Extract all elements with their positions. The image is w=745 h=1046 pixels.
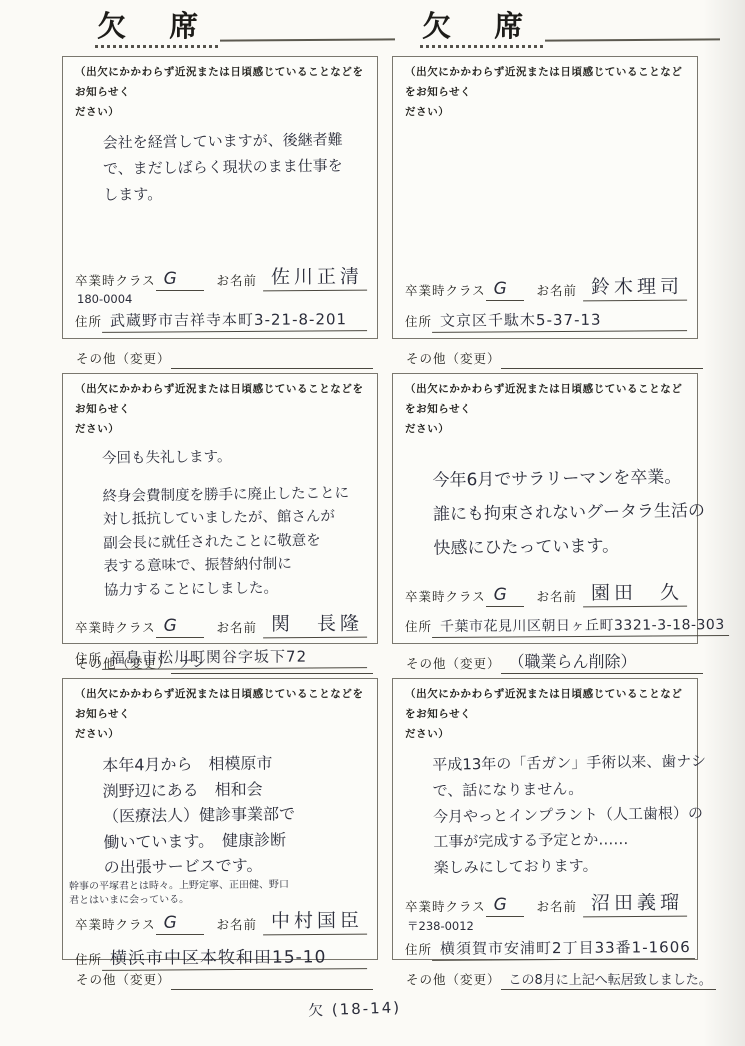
name-label: お名前 xyxy=(536,587,577,607)
address-row: 住所 横須賀市安浦町2丁目33番1-1606 xyxy=(405,937,687,960)
address-field: 横浜市中区本牧和田15-10 xyxy=(102,942,367,971)
card-box: （出欠にかかわらず近況または日頃感じていることなどをお知らせく ださい） 今年6… xyxy=(392,373,698,644)
name-field: 中村国臣 xyxy=(263,905,367,935)
instruction-text: （出欠にかかわらず近況または日頃感じていることなどをお知らせく ださい） xyxy=(405,63,687,123)
other-label: その他（変更） xyxy=(76,970,171,990)
class-field: G xyxy=(486,585,525,607)
class-field: G xyxy=(156,269,205,291)
address-label: 住所 xyxy=(75,312,102,332)
instruction-line-1: （出欠にかかわらず近況または日頃感じていることなどをお知らせく xyxy=(405,685,687,725)
instruction-text: （出欠にかかわらず近況または日頃感じていることなどをお知らせく ださい） xyxy=(75,685,367,745)
address-field: 横須賀市安浦町2丁目33番1-1606 xyxy=(432,936,695,961)
handwritten-message: 平成13年の「舌ガン」手術以来、歯ナシで、話になりません。今月やっとインプラント… xyxy=(432,749,688,882)
class-name-row: 卒業時クラス G お名前 佐川正清 xyxy=(75,262,367,291)
postal-code: 180-0004 xyxy=(77,292,367,306)
name-label: お名前 xyxy=(216,915,257,935)
other-label: その他（変更） xyxy=(406,970,501,990)
response-card-bottom-left: （出欠にかかわらず近況または日頃感じていることなどをお知らせく ださい） 本年4… xyxy=(62,678,378,994)
address-row: 住所 横浜市中区本牧和田15-10 xyxy=(75,943,367,970)
class-name-row: 卒業時クラス G お名前 鈴木理司 xyxy=(405,272,687,301)
class-field: G xyxy=(486,279,525,301)
address-label: 住所 xyxy=(405,617,432,637)
card-box: （出欠にかかわらず近況または日頃感じていることなどをお知らせく ださい） 本年4… xyxy=(62,678,378,960)
handwritten-message: 本年4月から 相模原市渕野辺にある 相和会（医療法人）健診事業部で働いています。… xyxy=(102,749,368,881)
instruction-line-2: ださい） xyxy=(75,103,367,123)
address-row: 住所 武蔵野市吉祥寺本町3-21-8-201 xyxy=(75,309,367,332)
instruction-line-1: （出欠にかかわらず近況または日頃感じていることなどをお知らせく xyxy=(405,63,687,103)
handwritten-message: 会社を経営していますが、後継者難で、まだしばらく現状のまま仕事をします。 xyxy=(102,127,367,208)
address-label: 住所 xyxy=(405,312,432,332)
name-field: 関 長隆 xyxy=(263,609,367,639)
name-label: お名前 xyxy=(216,271,257,291)
absent-header-right: 欠 席 xyxy=(420,12,720,48)
class-field: G xyxy=(156,616,205,638)
absent-header-left: 欠 席 xyxy=(95,12,395,48)
response-card-bottom-right: （出欠にかかわらず近況または日頃感じていることなどをお知らせく ださい） 平成1… xyxy=(392,678,698,994)
other-row: その他（変更） この8月に上記へ転居致しました。 xyxy=(392,960,698,994)
instruction-line-1: （出欠にかかわらず近況または日頃感じていることなどをお知らせく xyxy=(75,685,367,725)
absent-header-right-text: 欠 席 xyxy=(420,12,543,48)
class-name-row: 卒業時クラス G お名前 関 長隆 xyxy=(75,609,367,638)
other-field: （職業らん削除） xyxy=(501,649,703,674)
response-card-middle-right: （出欠にかかわらず近況または日頃感じていることなどをお知らせく ださい） 今年6… xyxy=(392,373,698,678)
other-field xyxy=(171,367,373,369)
class-label: 卒業時クラス xyxy=(405,897,486,917)
class-name-row: 卒業時クラス G お名前 沼田義瑠 xyxy=(405,888,687,917)
instruction-line-2: ださい） xyxy=(405,725,687,745)
instruction-line-2: ださい） xyxy=(75,420,367,440)
response-card-top-right: （出欠にかかわらず近況または日頃感じていることなどをお知らせく ださい） 卒業時… xyxy=(392,56,698,373)
class-field: G xyxy=(156,913,205,935)
address-field: 千葉市花見川区朝日ヶ丘町3321-3-18-303 xyxy=(432,614,729,638)
handwritten-side-note: 幹事の平塚君とは時々。上野定寧、正田健、野口君とはいまに会っている。 xyxy=(69,877,367,907)
other-row: その他（変更） xyxy=(62,339,378,373)
name-label: お名前 xyxy=(536,281,577,301)
address-row: 住所 千葉市花見川区朝日ヶ丘町3321-3-18-303 xyxy=(405,615,687,637)
other-label: その他（変更） xyxy=(76,349,171,369)
class-label: 卒業時クラス xyxy=(75,271,156,291)
name-label: お名前 xyxy=(536,897,577,917)
name-field: 園田 久 xyxy=(583,578,687,608)
spacer xyxy=(405,129,687,264)
name-field: 鈴木理司 xyxy=(583,272,687,302)
other-label: その他（変更） xyxy=(406,654,501,674)
class-label: 卒業時クラス xyxy=(405,281,486,301)
instruction-text: （出欠にかかわらず近況または日頃感じていることなどをお知らせく ださい） xyxy=(405,685,687,745)
name-field: 沼田義瑠 xyxy=(583,887,687,917)
instruction-text: （出欠にかかわらず近況または日頃感じていることなどをお知らせく ださい） xyxy=(75,63,367,123)
address-row: 住所 福島市松川町関谷字坂下72 xyxy=(75,646,367,669)
name-label: お名前 xyxy=(216,618,257,638)
header-rule-line xyxy=(220,39,395,42)
address-field: 福島市松川町関谷字坂下72 xyxy=(102,645,367,670)
other-field xyxy=(501,367,703,369)
other-row: その他（変更） （職業らん削除） xyxy=(392,644,698,678)
instruction-text: （出欠にかかわらず近況または日頃感じていることなどをお知らせく ださい） xyxy=(405,380,687,440)
spacer xyxy=(75,206,367,254)
postal-code: 〒238-0012 xyxy=(407,918,687,934)
header-rule-line xyxy=(545,39,720,42)
name-field: 佐川正清 xyxy=(263,262,367,292)
class-label: 卒業時クラス xyxy=(75,915,156,935)
scanned-absence-form-page: 欠 席 欠 席 （出欠にかかわらず近況または日頃感じていることなどをお知らせく … xyxy=(0,0,745,1046)
instruction-text: （出欠にかかわらず近況または日頃感じていることなどをお知らせく ださい） xyxy=(75,380,367,440)
instruction-line-1: （出欠にかかわらず近況または日頃感じていることなどをお知らせく xyxy=(75,380,367,420)
other-field xyxy=(171,988,373,990)
address-row: 住所 文京区千駄木5-37-13 xyxy=(405,309,687,332)
response-card-middle-left: （出欠にかかわらず近況または日頃感じていることなどをお知らせく ださい） 今回も… xyxy=(62,373,378,678)
address-label: 住所 xyxy=(405,940,432,960)
address-field: 文京区千駄木5-37-13 xyxy=(432,308,687,333)
absent-header-left-text: 欠 席 xyxy=(95,12,218,48)
instruction-line-2: ださい） xyxy=(75,725,367,745)
class-name-row: 卒業時クラス G お名前 園田 久 xyxy=(405,578,687,607)
address-field: 武蔵野市吉祥寺本町3-21-8-201 xyxy=(102,308,367,333)
footer-page-note: 欠 (18-14) xyxy=(308,996,402,1020)
instruction-line-1: （出欠にかかわらず近況または日頃感じていることなどをお知らせく xyxy=(75,63,367,103)
class-label: 卒業時クラス xyxy=(405,587,486,607)
other-row: その他（変更） xyxy=(392,339,698,373)
class-label: 卒業時クラス xyxy=(75,618,156,638)
card-box: （出欠にかかわらず近況または日頃感じていることなどをお知らせく ださい） 平成1… xyxy=(392,678,698,960)
class-name-row: 卒業時クラス G お名前 中村国臣 xyxy=(75,906,367,935)
card-box: （出欠にかかわらず近況または日頃感じていることなどをお知らせく ださい） 今回も… xyxy=(62,373,378,644)
handwritten-message: 今回も失礼します。終身会費制度を勝手に廃止したことに対し抵抗していましたが、館さ… xyxy=(102,444,368,603)
instruction-line-2: ださい） xyxy=(405,103,687,123)
instruction-line-2: ださい） xyxy=(405,420,687,440)
card-box: （出欠にかかわらず近況または日頃感じていることなどをお知らせく ださい） 卒業時… xyxy=(392,56,698,339)
class-field: G xyxy=(486,895,525,917)
other-label: その他（変更） xyxy=(406,349,501,369)
other-field: この8月に上記へ転居致しました。 xyxy=(501,969,716,990)
handwritten-message: 今年6月でサラリーマンを卒業。誰にも拘束されないグータラ生活の快感にひたっていま… xyxy=(432,460,687,566)
response-card-grid: （出欠にかかわらず近況または日頃感じていることなどをお知らせく ださい） 会社を… xyxy=(62,56,698,994)
instruction-line-1: （出欠にかかわらず近況または日頃感じていることなどをお知らせく xyxy=(405,380,687,420)
card-box: （出欠にかかわらず近況または日頃感じていることなどをお知らせく ださい） 会社を… xyxy=(62,56,378,339)
response-card-top-left: （出欠にかかわらず近況または日頃感じていることなどをお知らせく ださい） 会社を… xyxy=(62,56,378,373)
